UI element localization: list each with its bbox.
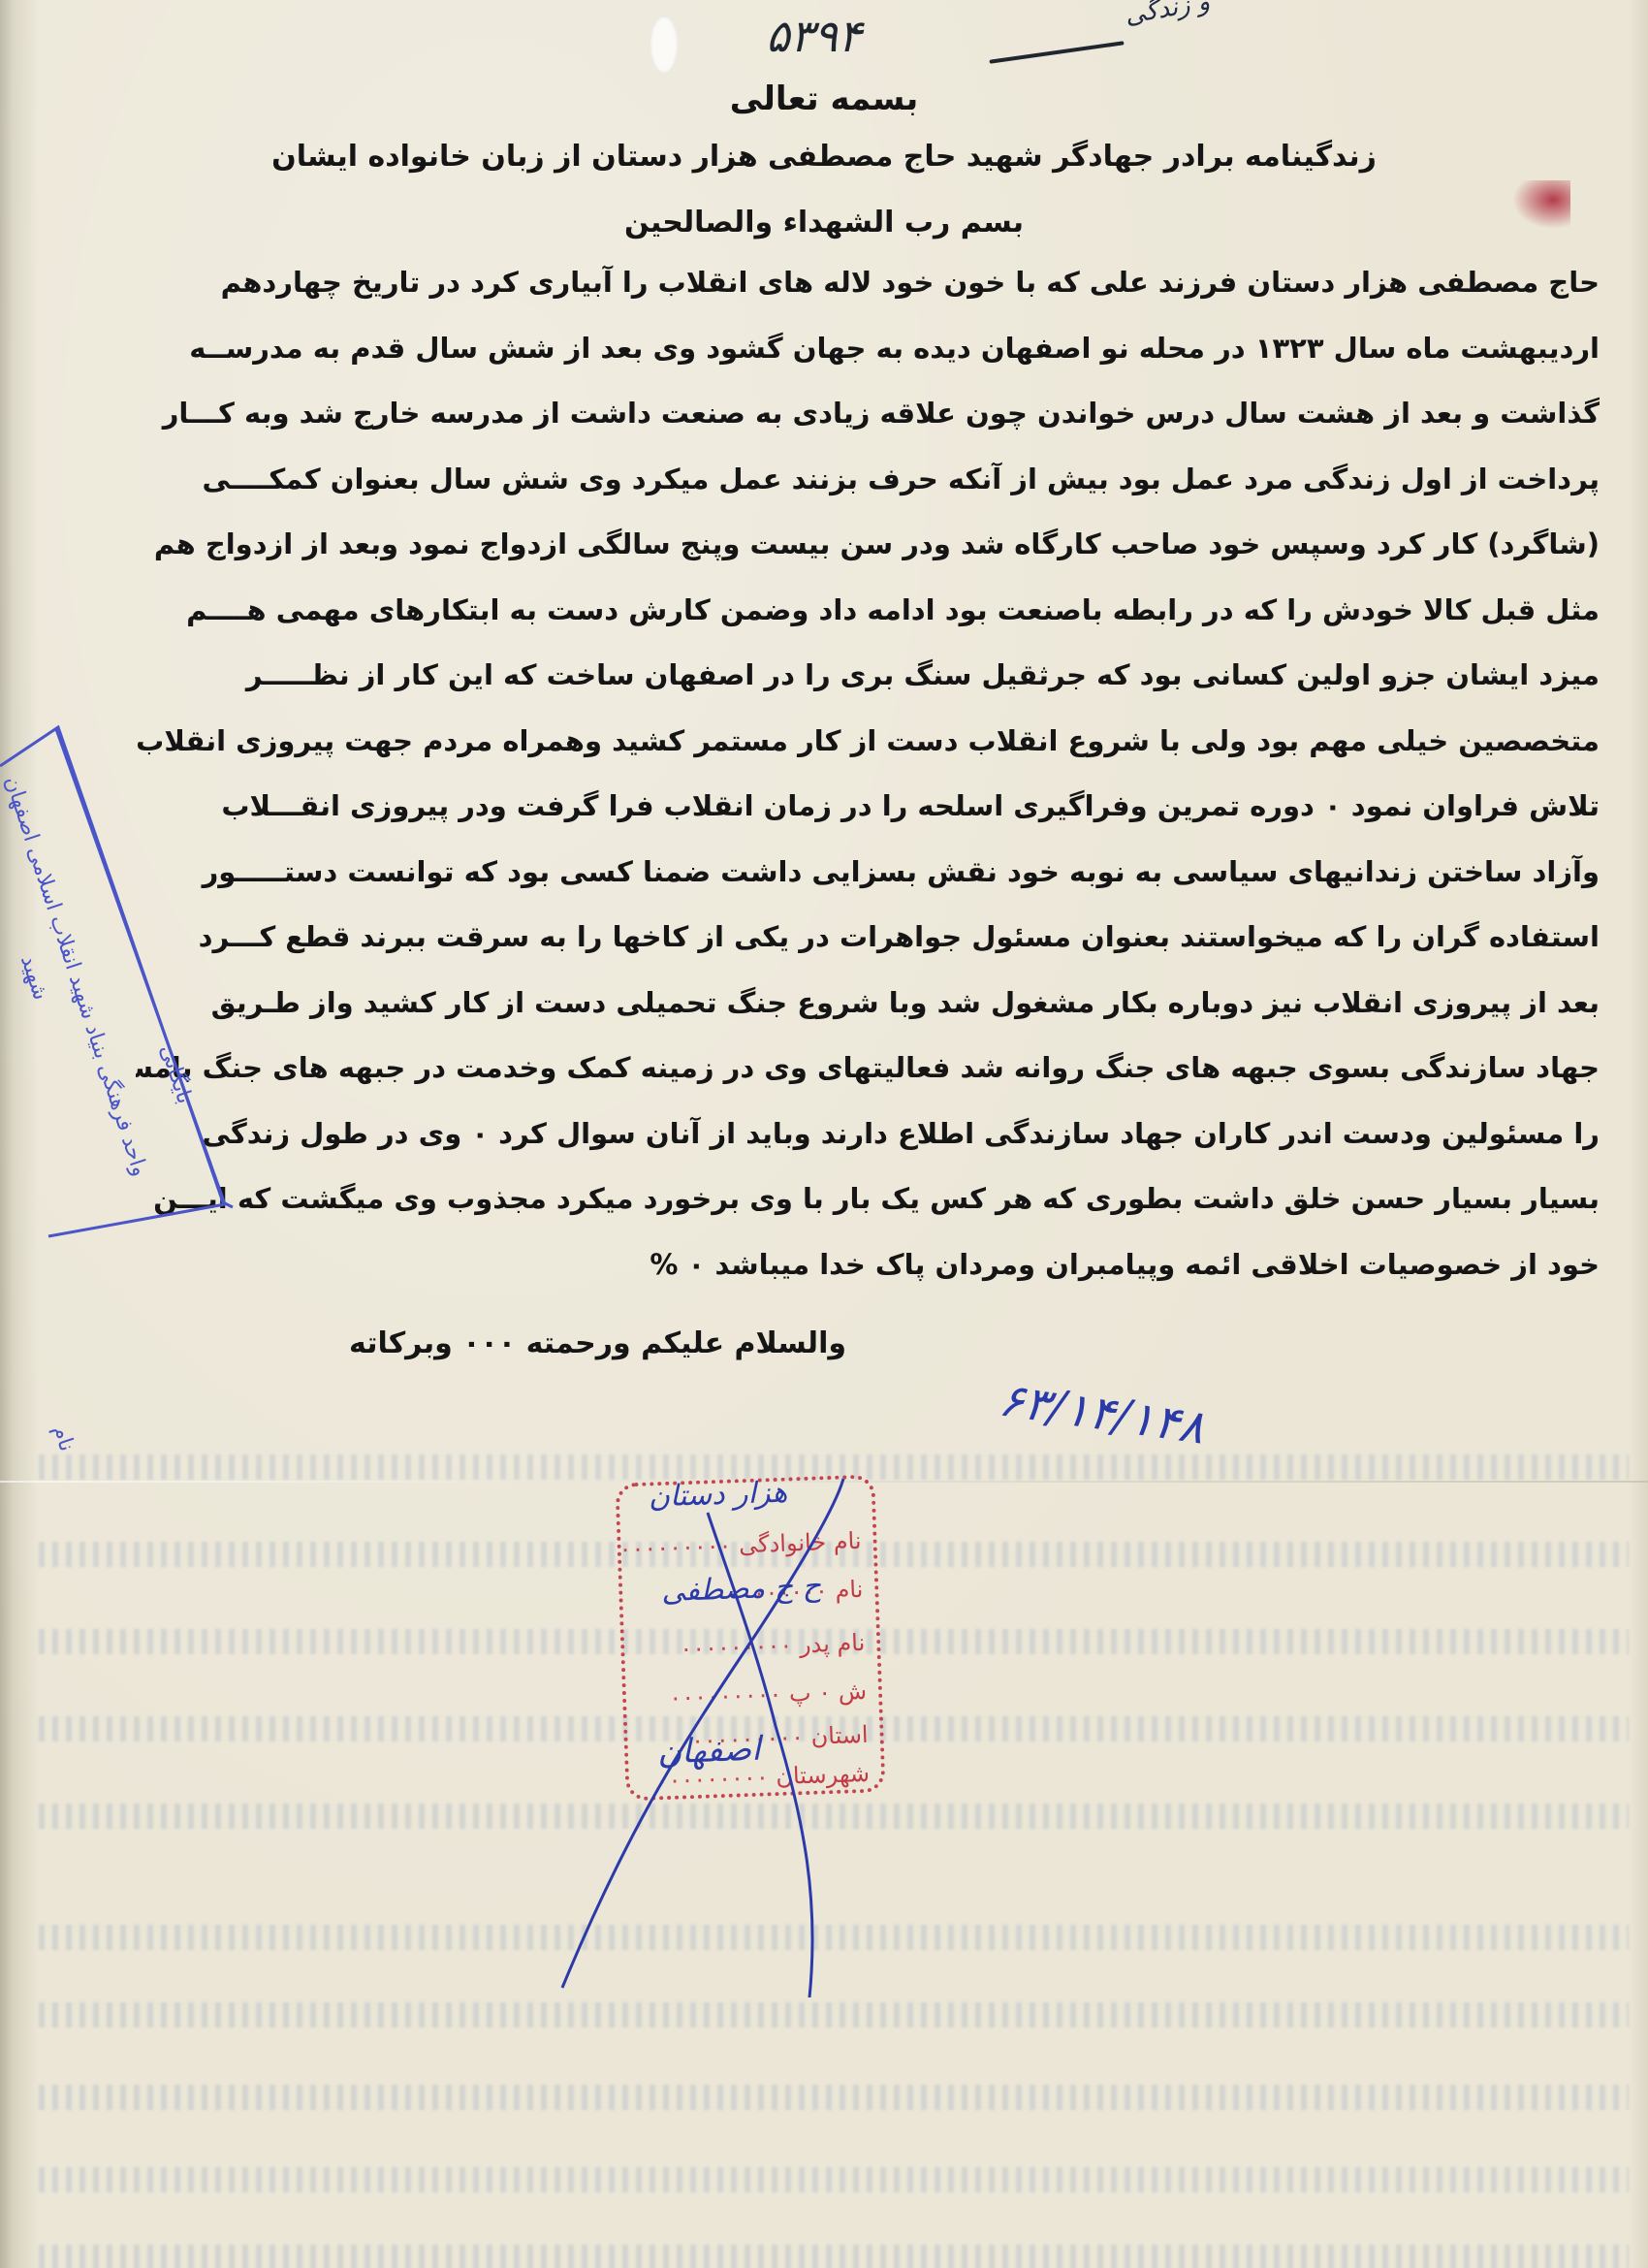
- body-line: را مسئولین ودست اندر کاران جهاد سازندگی …: [136, 1102, 1600, 1167]
- body-line: حاج مصطفی هزار دستان فرزند علی که با خون…: [136, 250, 1600, 316]
- body-line: بسیار بسیار حسن خلق داشت بطوری که هر کس …: [136, 1166, 1600, 1232]
- cross-out-mark-icon: [543, 1454, 950, 1997]
- reference-number: ۵۳۹۴: [766, 10, 862, 62]
- body-line: گذاشت و بعد از هشت سال درس خواندن چون عل…: [136, 381, 1600, 447]
- body-line: وآزاد ساختن زندانیهای سیاسی به نوبه خود …: [136, 840, 1600, 906]
- biography-body: حاج مصطفی هزار دستان فرزند علی که با خون…: [136, 250, 1600, 1297]
- bleed-through-line: [39, 2002, 1629, 2028]
- body-line: جهاد سازندگی بسوی جبهه های جنگ روانه شد …: [136, 1036, 1600, 1102]
- reference-underline: [989, 41, 1124, 63]
- bleed-through-line: [39, 2245, 1629, 2268]
- body-line: متخصصین خیلی مهم بود ولی با شروع انقلاب …: [136, 709, 1600, 775]
- closing-salutation: والسلام علیکم ورحمته ۰۰۰ وبرکاته: [349, 1326, 846, 1360]
- body-line: بعد از پیروزی انقلاب نیز دوباره بکار مشغ…: [136, 971, 1600, 1037]
- bleed-through-line: [39, 2085, 1629, 2110]
- body-line: تلاش فراوان نمود ۰ دوره تمرین وفراگیری ا…: [136, 774, 1600, 840]
- body-line: استفاده گران را که میخواستند بعنوان مسئو…: [136, 905, 1600, 971]
- blue-archive-stamp-border: [0, 0, 252, 1435]
- body-line: اردیبهشت ماه سال ۱۳۲۳ در محله نو اصفهان …: [136, 316, 1600, 382]
- body-line: مثل قبل کالا خودش را که در رابطه باصنعت …: [136, 578, 1600, 644]
- body-line: خود از خصوصیات اخلاقی ائمه وپیامبران ومر…: [349, 1232, 1600, 1298]
- handwritten-date: ۶۳/۱۴/۱۴۸: [996, 1372, 1208, 1454]
- corner-handwritten-note: و زندگی: [1123, 0, 1212, 30]
- punch-hole: [650, 16, 679, 74]
- body-line: میزد ایشان جزو اولین کسانی بود که جرثقیل…: [136, 643, 1600, 709]
- bleed-through-line: [39, 2167, 1629, 2192]
- body-line: پرداخت از اول زندگی مرد عمل بود بیش از آ…: [136, 447, 1600, 513]
- body-line: (شاگرد) کار کرد وسپس خود صاحب کارگاه شد …: [136, 512, 1600, 578]
